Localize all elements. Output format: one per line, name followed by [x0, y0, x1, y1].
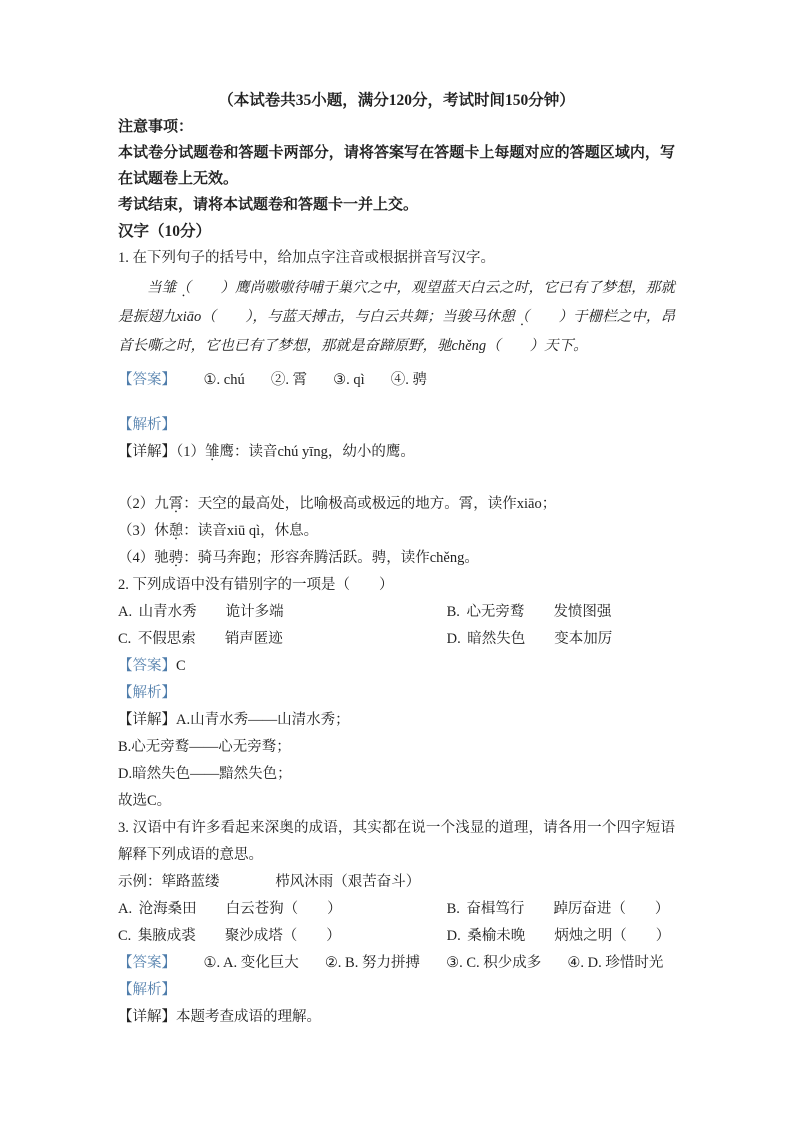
q3-answer-items: ①. A. 变化巨大 ②. B. 努力拼搏 ③. C. 积少成多 ④. D. 珍… [204, 950, 664, 977]
idiom-text: 诡计多端 [226, 599, 284, 626]
idiom-text: 暗然失色 [467, 626, 525, 653]
q3-option-row-2: C. 集腋成裘 聚沙成塔（ ） D. 桑榆未晚 炳烛之明（ ） [118, 923, 675, 950]
answer-item: ①. A. 变化巨大 [204, 950, 299, 977]
q3-example-line: 示例：筚路蓝缕 栉风沐雨（艰苦奋斗） [118, 869, 675, 896]
q1-detail-4: （4）驰骋：骑马奔跑；形容奔腾活跃。骋，读作chěng。 [118, 545, 675, 572]
q2-answer-value: C [176, 658, 186, 674]
emphasis-dot-char: 雏 [205, 444, 220, 460]
q1-detail-1: 【详解】（1）雏鹰：读音chú yīng，幼小的鹰。 [118, 439, 675, 466]
option-label: D. [447, 923, 461, 950]
q2-option-row-2: C. 不假思索 销声匿迹 D. 暗然失色 变本加厉 [118, 626, 675, 653]
q1-answer-row: 【答案】 ①. chú ②. 霄 ③. qì ④. 骋 [118, 367, 675, 394]
example-idiom: 栉风沐雨（艰苦奋斗） [275, 874, 420, 890]
answer-item: ①. chú [204, 367, 245, 394]
q3-option-c: C. 集腋成裘 聚沙成塔（ ） [118, 923, 447, 950]
option-label: B. [447, 599, 460, 626]
q2-option-b: B. 心无旁鹜 发愤图强 [447, 599, 675, 626]
q3-answer-row: 【答案】 ①. A. 变化巨大 ②. B. 努力拼搏 ③. C. 积少成多 ④.… [118, 950, 675, 977]
option-label: A. [118, 599, 132, 626]
doc-title: （本试卷共35小题，满分120分，考试时间150分钟） [118, 88, 675, 114]
analysis-label: 【解析】 [118, 685, 176, 701]
answer-label: 【答案】 [118, 658, 176, 674]
idiom-text: 桑榆未晚 [467, 923, 525, 950]
answer-item: ④. D. 珍惜时光 [567, 950, 663, 977]
idiom-text: 聚沙成塔（ ） [225, 923, 341, 950]
option-label: C. [118, 626, 131, 653]
q3-option-d: D. 桑榆未晚 炳烛之明（ ） [447, 923, 675, 950]
idiom-text: 销声匿迹 [225, 626, 283, 653]
option-label: C. [118, 923, 131, 950]
q3-option-b: B. 奋楫笃行 踔厉奋进（ ） [447, 896, 675, 923]
idiom-text: 白云苍狗（ ） [226, 896, 342, 923]
q2-stem: 2. 下列成语中没有错别字的一项是（ ） [118, 572, 675, 599]
answer-item: ②. B. 努力拼搏 [325, 950, 420, 977]
analysis-label: 【解析】 [118, 982, 176, 998]
notice-title: 注意事项： [118, 114, 675, 140]
exam-document: （本试卷共35小题，满分120分，考试时间150分钟） 注意事项： 本试卷分试题… [0, 0, 793, 1122]
emphasis-dot-char: 憩 [500, 309, 515, 325]
q2-option-d: D. 暗然失色 变本加厉 [447, 626, 675, 653]
answer-item: ③. qì [333, 367, 365, 394]
q3-stem: 3. 汉语中有许多看起来深奥的成语，其实都在说一个浅显的道理，请各用一个四字短语… [118, 815, 675, 869]
idiom-text: 集腋成裘 [138, 923, 196, 950]
idiom-text: 山青水秀 [139, 599, 197, 626]
q2-option-a: A. 山青水秀 诡计多端 [118, 599, 447, 626]
q2-detail-2: B.心无旁鹜——心无旁骛； [118, 734, 675, 761]
q1-passage: 当雏（ ）鹰尚嗷嗷待哺于巢穴之中，观望蓝天白云之时，它已有了梦想，那就是振翅九x… [118, 274, 675, 361]
idiom-text: 不假思索 [138, 626, 196, 653]
answer-label: 【答案】 [118, 950, 176, 977]
idiom-text: 炳烛之明（ ） [554, 923, 670, 950]
idiom-text: 踔厉奋进（ ） [553, 896, 669, 923]
answer-item: ②. 霄 [271, 367, 307, 394]
emphasis-dot-char: 雏 [162, 280, 177, 296]
example-idiom: 示例：筚路蓝缕 [118, 874, 220, 890]
q1-detail-3: （3）休憩：读音xiū qì，休息。 [118, 518, 675, 545]
notice-line-1: 本试卷分试题卷和答题卡两部分，请将答案写在答题卡上每题对应的答题区域内，写在试题… [118, 140, 675, 192]
analysis-label: 【解析】 [118, 417, 176, 433]
q2-analysis-label: 【解析】 [118, 680, 675, 707]
idiom-text: 发愤图强 [553, 599, 611, 626]
q3-detail: 【详解】本题考查成语的理解。 [118, 1004, 675, 1031]
emphasis-dot-char: 霄 [169, 496, 184, 512]
idiom-text: 心无旁鹜 [466, 599, 524, 626]
q1-answer-items: ①. chú ②. 霄 ③. qì ④. 骋 [204, 367, 428, 394]
idiom-text: 变本加厉 [554, 626, 612, 653]
q3-option-row-1: A. 沧海桑田 白云苍狗（ ） B. 奋楫笃行 踔厉奋进（ ） [118, 896, 675, 923]
answer-label: 【答案】 [118, 367, 176, 394]
answer-item: ④. 骋 [391, 367, 427, 394]
emphasis-dot-char: 憩 [169, 523, 184, 539]
emphasis-dot-char: 骋 [169, 550, 184, 566]
option-label: D. [447, 626, 461, 653]
notice-line-2: 考试结束，请将本试题卷和答题卡一并上交。 [118, 192, 675, 218]
q2-detail-3: D.暗然失色——黯然失色； [118, 761, 675, 788]
section-title: 汉字（10分） [118, 218, 675, 245]
q3-analysis-label: 【解析】 [118, 977, 675, 1004]
q3-option-a: A. 沧海桑田 白云苍狗（ ） [118, 896, 447, 923]
q2-detail-4: 故选C。 [118, 788, 675, 815]
q1-stem: 1. 在下列句子的括号中，给加点字注音或根据拼音写汉字。 [118, 245, 675, 272]
option-label: B. [447, 896, 460, 923]
q2-option-c: C. 不假思索 销声匿迹 [118, 626, 447, 653]
q1-analysis-label: 【解析】 [118, 412, 675, 439]
idiom-text: 沧海桑田 [139, 896, 197, 923]
q2-option-row-1: A. 山青水秀 诡计多端 B. 心无旁鹜 发愤图强 [118, 599, 675, 626]
q2-detail-1: 【详解】A.山青水秀——山清水秀； [118, 707, 675, 734]
q1-detail-2: （2）九霄：天空的最高处，比喻极高或极远的地方。霄，读作xiāo； [118, 491, 675, 518]
q2-answer-row: 【答案】C [118, 653, 675, 680]
option-label: A. [118, 896, 132, 923]
idiom-text: 奋楫笃行 [466, 896, 524, 923]
answer-item: ③. C. 积少成多 [446, 950, 541, 977]
